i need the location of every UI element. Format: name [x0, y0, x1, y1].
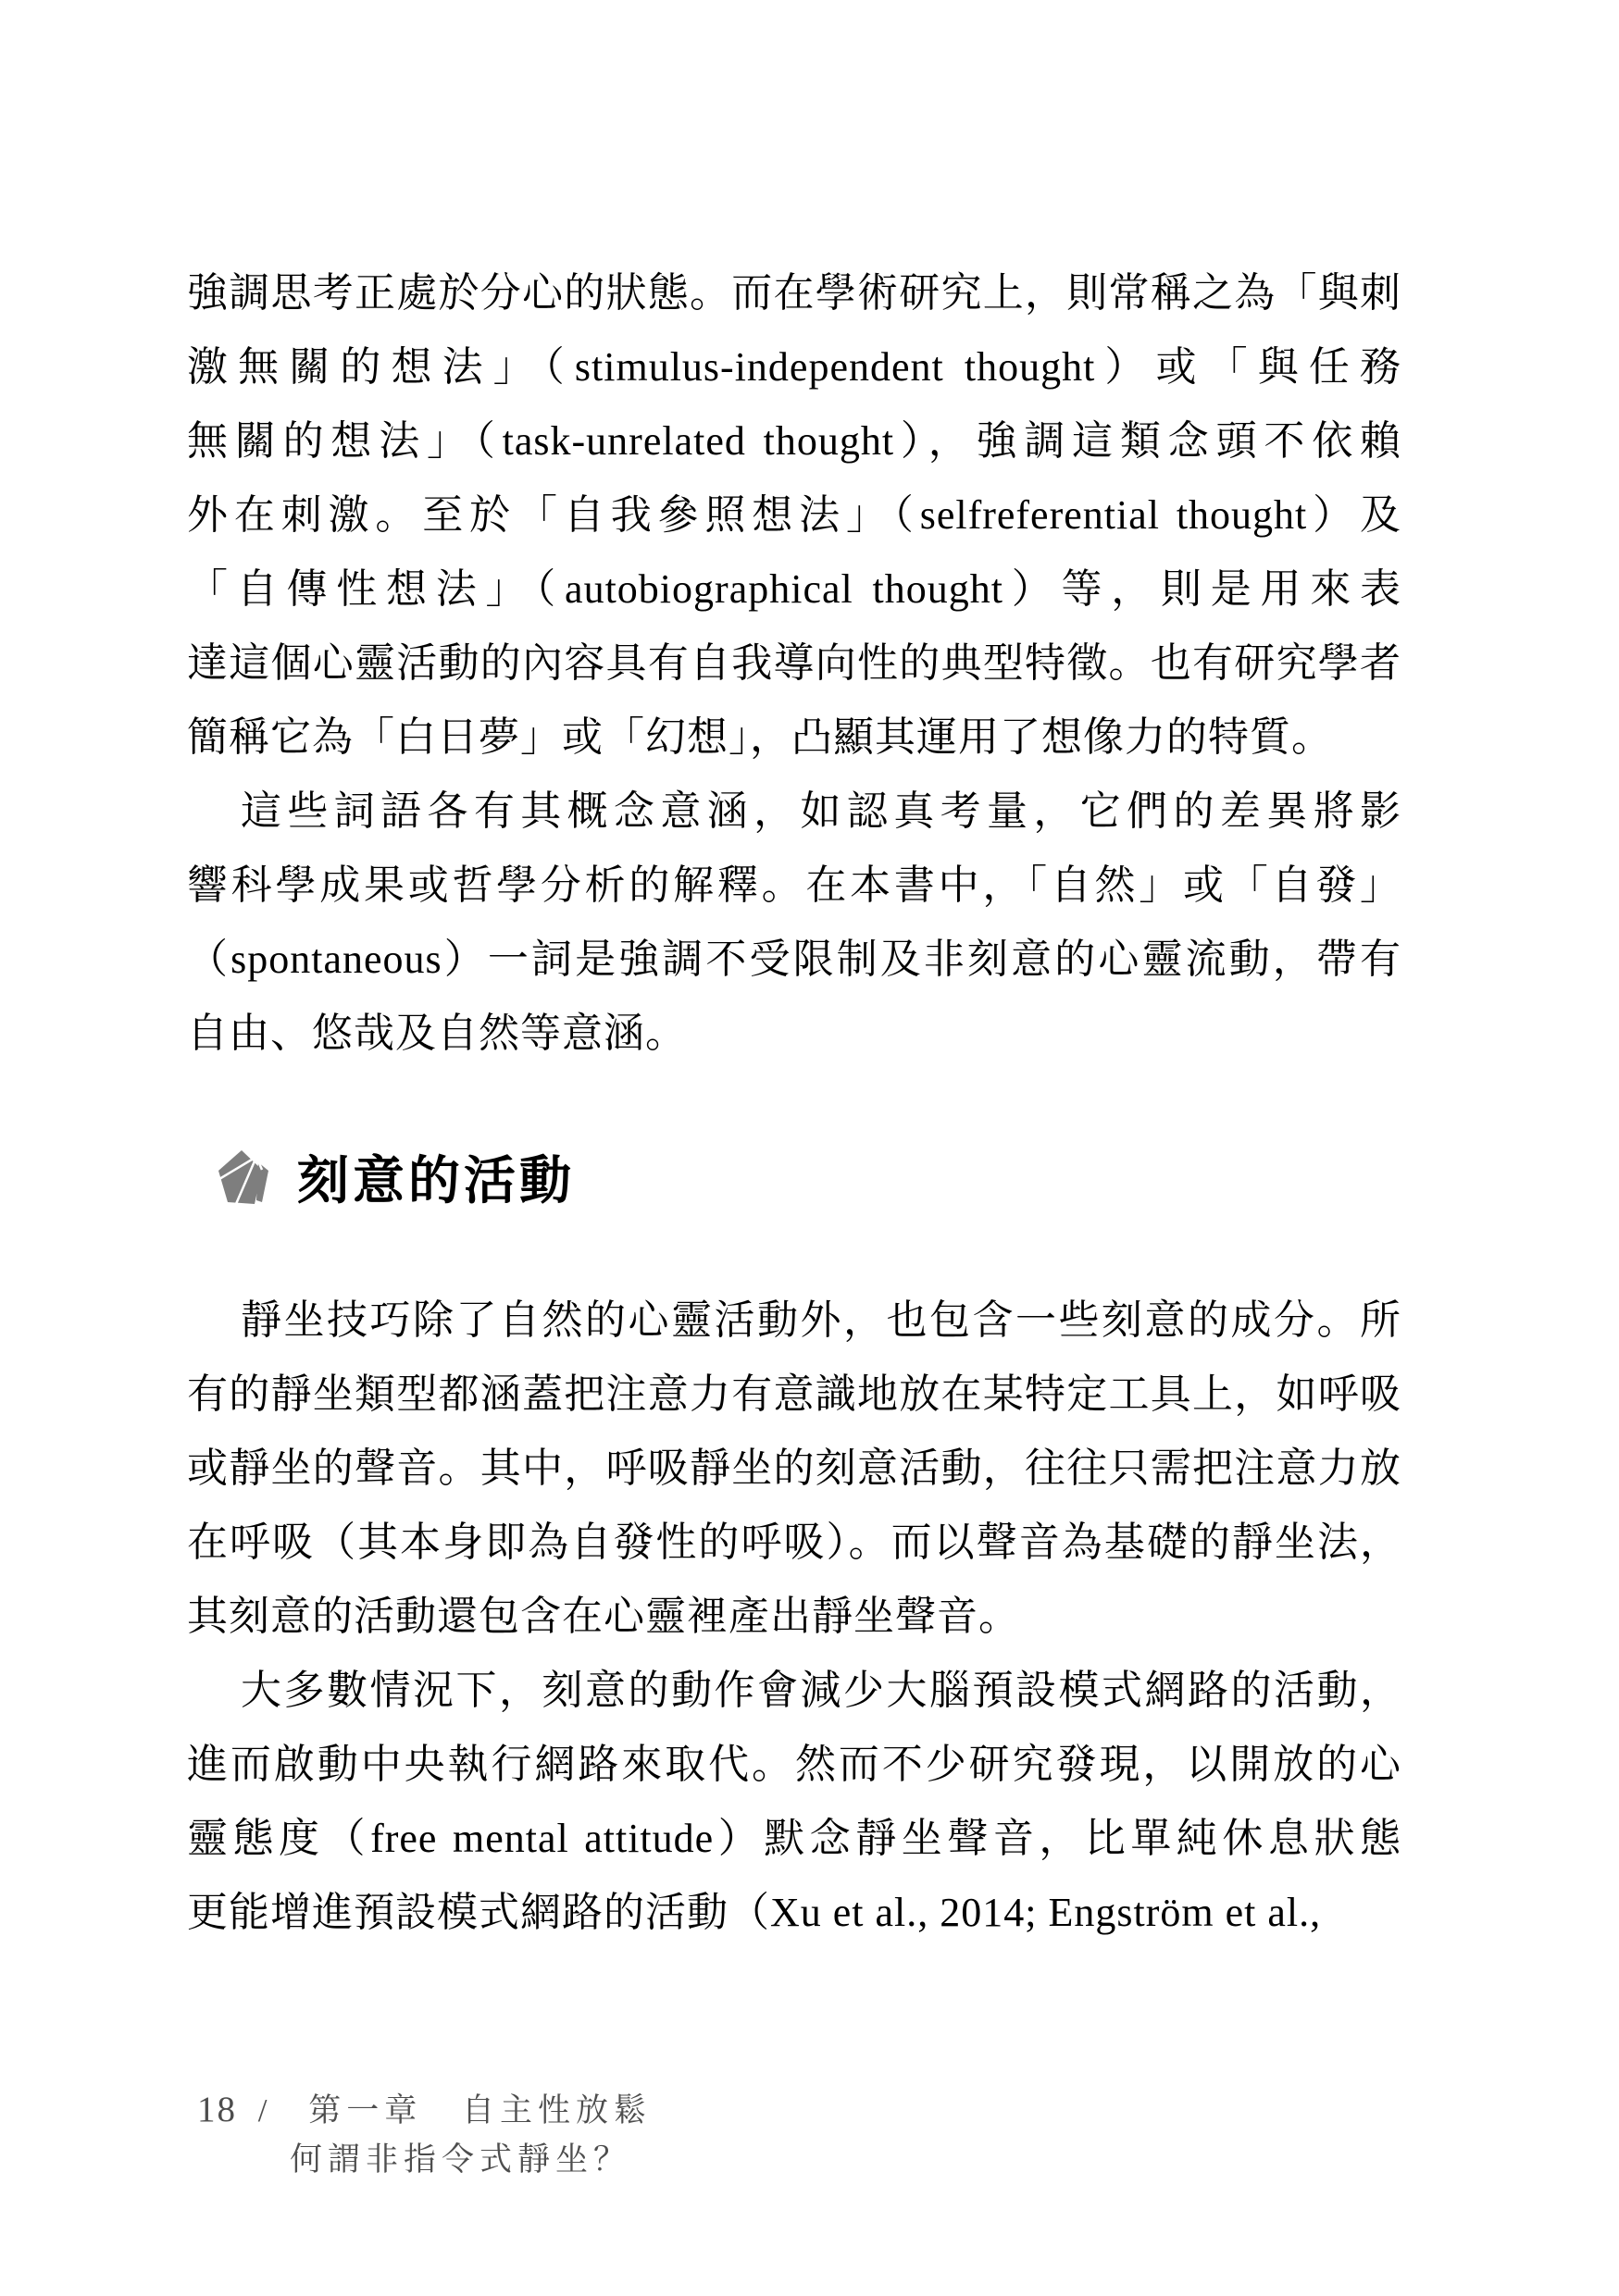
text-line: 或靜坐的聲音。其中，呼吸靜坐的刻意活動，往往只需把注意力放 — [187, 1432, 1401, 1506]
text-line: 簡稱它為「白日夢」或「幻想」，凸顯其運用了想像力的特質。 — [187, 701, 1401, 775]
text-line: 強調思考正處於分心的狀態。而在學術研究上，則常稱之為「與刺 — [187, 256, 1401, 330]
text-line: 這些詞語各有其概念意涵，如認真考量，它們的差異將影 — [187, 775, 1401, 849]
text-line: 達這個心靈活動的內容具有自我導向性的典型特徵。也有研究學者 — [187, 627, 1401, 701]
text-line: 靜坐技巧除了自然的心靈活動外，也包含一些刻意的成分。所 — [187, 1284, 1401, 1358]
text-line: 外在刺激。至於「自我參照想法」（selfreferential thought）… — [187, 478, 1401, 552]
body-text-lower: 靜坐技巧除了自然的心靈活動外，也包含一些刻意的成分。所 有的靜坐類型都涵蓋把注意… — [187, 1284, 1401, 1950]
text-line: 進而啟動中央執行網路來取代。然而不少研究發現，以開放的心 — [187, 1728, 1401, 1802]
text-line: 大多數情況下，刻意的動作會減少大腦預設模式網路的活動， — [187, 1654, 1401, 1728]
page-number: 18 — [197, 2090, 237, 2129]
book-page: 強調思考正處於分心的狀態。而在學術研究上，則常稱之為「與刺 激無關的想法」（st… — [0, 0, 1619, 2296]
text-line: 無關的想法」（task-unrelated thought），強調這類念頭不依賴 — [187, 404, 1401, 478]
text-line: 「自傳性想法」（autobiographical thought）等，則是用來表 — [187, 552, 1401, 627]
section-heading: 刻意的活動 — [216, 1144, 575, 1210]
chapter-subtitle: 何謂非指令式靜坐？ — [197, 2135, 652, 2184]
chapter-title: 自主性放鬆 — [462, 2092, 652, 2128]
text-line: （spontaneous）一詞是強調不受限制及非刻意的心靈流動，帶有 — [187, 923, 1401, 997]
text-line: 響科學成果或哲學分析的解釋。在本書中，「自然」或「自發」 — [187, 849, 1401, 923]
text-line: 靈態度（free mental attitude）默念靜坐聲音，比單純休息狀態 — [187, 1802, 1401, 1876]
body-text-upper: 強調思考正處於分心的狀態。而在學術研究上，則常稱之為「與刺 激無關的想法」（st… — [187, 256, 1401, 1071]
footer-separator: / — [258, 2092, 268, 2128]
text-line: 有的靜坐類型都涵蓋把注意力有意識地放在某特定工具上，如呼吸 — [187, 1358, 1401, 1432]
section-title: 刻意的活動 — [297, 1140, 575, 1214]
text-line: 更能增進預設模式網路的活動（Xu et al., 2014; Engström … — [187, 1876, 1401, 1950]
text-line: 激無關的想法」（stimulus-independent thought）或「與… — [187, 330, 1401, 404]
gem-facet-icon — [216, 1148, 275, 1207]
text-line: 其刻意的活動還包含在心靈裡產出靜坐聲音。 — [187, 1580, 1401, 1654]
page-footer: 18 / 第一章 自主性放鬆 何謂非指令式靜坐？ — [197, 2085, 652, 2184]
text-line: 自由、悠哉及自然等意涵。 — [187, 997, 1401, 1071]
footer-line-1: 18 / 第一章 自主性放鬆 — [197, 2085, 652, 2135]
chapter-label: 第一章 — [308, 2092, 422, 2128]
text-line: 在呼吸（其本身即為自發性的呼吸）。而以聲音為基礎的靜坐法， — [187, 1506, 1401, 1580]
